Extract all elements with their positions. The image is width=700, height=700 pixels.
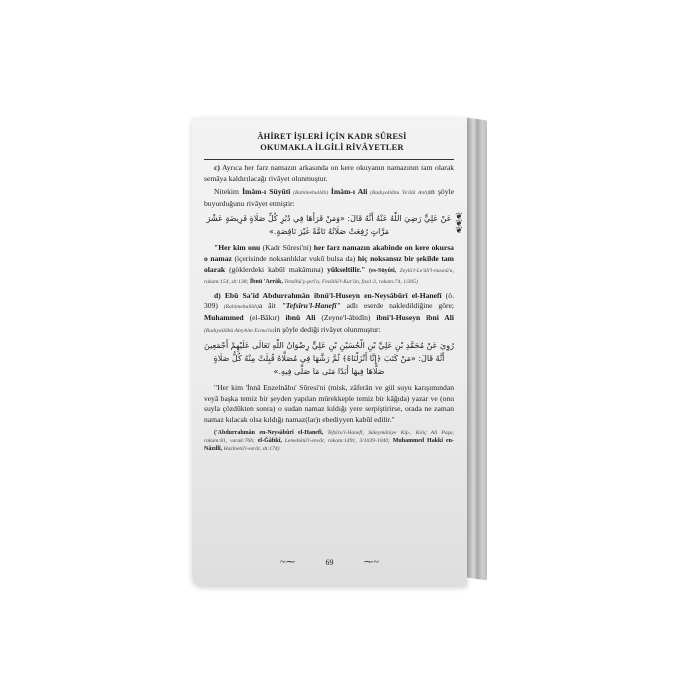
header-line-1: ÂHİRET İŞLERİ İÇİN KADR SÛRESİ [212,131,452,142]
side-ornament-icon: ❦❦❦ [454,213,464,263]
paragraph-nitekim: Nitekim İmâm-ı Süyûtî (Rahimehullâh) İmâ… [204,187,454,209]
book: ÂHİRET İŞLERİ İÇİN KADR SÛRESİ OKUMAKLA … [192,117,496,587]
book-page: ÂHİRET İŞLERİ İÇİN KADR SÛRESİ OKUMAKLA … [192,117,467,585]
page-header: ÂHİRET İŞLERİ İÇİN KADR SÛRESİ OKUMAKLA … [212,131,452,153]
ornament-left-icon: ~⁓ [280,557,295,568]
quote-1: "Her kim onu (Kadr Sûresi'ni) her farz n… [204,243,454,287]
header-line-2: OKUMAKLA İLGİLİ RİVÂYETLER [212,142,452,153]
paragraph-c: c) Ayrıca her farz namazın arkasında on … [204,163,454,184]
paragraph-d: d) Ebû Sa'îd Abdurrahmân ibnü'l-Huseyn e… [204,291,454,336]
page-body: c) Ayrıca her farz namazın arkasında on … [204,163,454,454]
arabic-hadith-1: عَنْ عَلِيٍّ رَضِيَ اللّٰهُ عَنْهُ أَنَّ… [204,212,454,238]
page-number: 69 [326,558,334,567]
header-rule [204,159,454,160]
reference-2: ('Abdurrahmân en-Neysâbûrî el-Hanefî, Te… [204,429,454,454]
page-footer: ~⁓ 69 ⁓~ [192,557,467,568]
ornament-right-icon: ⁓~ [364,557,379,568]
quote-2: "Her kim 'İnnâ Enzelnâhu' Sûresi'ni (mis… [204,383,454,425]
arabic-hadith-2: رُوِيَ عَنْ مُحَمَّدِ بْنِ عَلِيِّ بْنِ … [204,339,454,378]
